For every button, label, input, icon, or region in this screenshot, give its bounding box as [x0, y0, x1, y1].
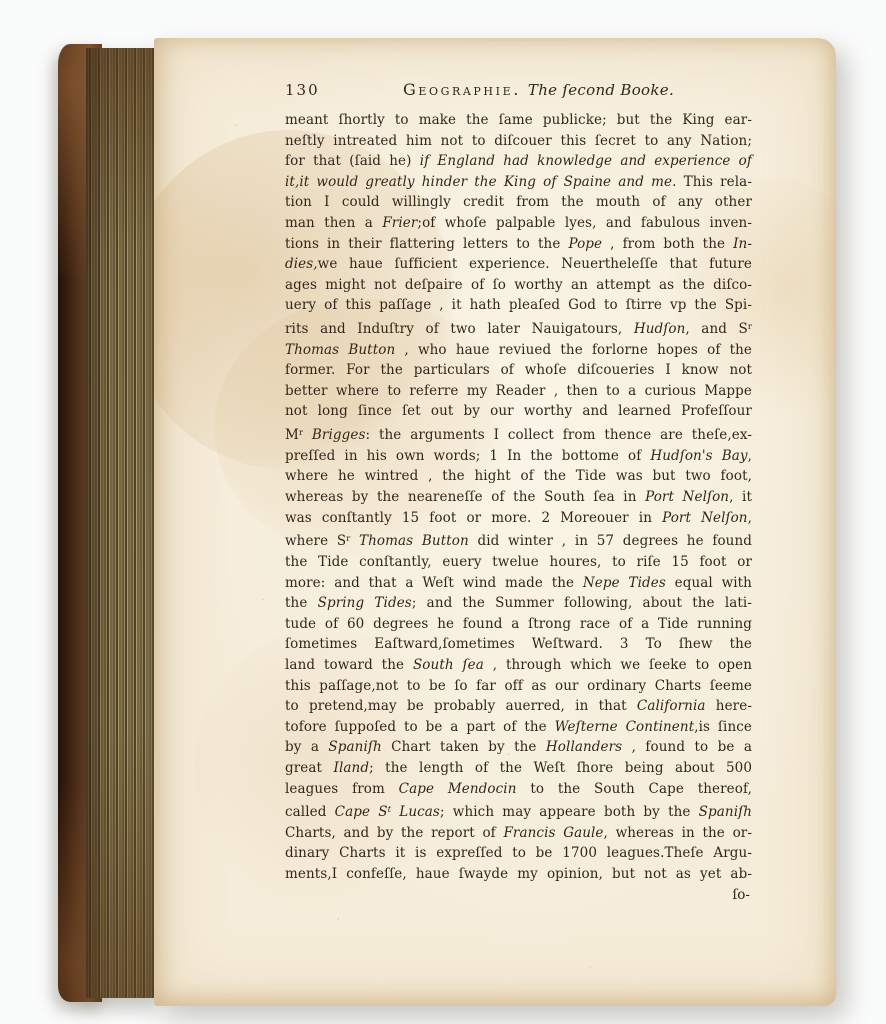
text-line: dinary Charts it is expreſſed to be 1700…: [285, 843, 752, 864]
text-line: leagues from Cape Mendocin to the South …: [285, 779, 752, 800]
header-title: Geographie.: [403, 80, 521, 99]
text-line: the Spring Tides; and the Summer followi…: [285, 593, 752, 614]
text-line: the Tide conſtantly, euery twelue houres…: [285, 552, 752, 573]
text-line: more: and that a Weſt wind made the Nepe…: [285, 573, 752, 594]
text-line: was conſtantly 15 foot or more. 2 Moreou…: [285, 508, 752, 529]
text-line: Thomas Button , who haue reviued the for…: [285, 340, 752, 361]
page-edge-stack: [86, 48, 158, 998]
book: 130 Geographie.The ſecond Booke. meant ſ…: [58, 36, 836, 1008]
text-line: dies,we haue ſufficient experience. Neue…: [285, 254, 752, 275]
page-number: 130: [285, 80, 343, 100]
text-line: tion I could willingly credit from the m…: [285, 192, 752, 213]
text-line: it,it would greatly hinder the King of S…: [285, 172, 752, 193]
text-line: land toward the South ſea , through whic…: [285, 655, 752, 676]
text-line: rits and Induſtry of two later Nauigatou…: [285, 316, 752, 340]
text-line: for that (ſaid he) if England had knowle…: [285, 151, 752, 172]
text-line: not long ſince ſet out by our worthy and…: [285, 401, 752, 422]
text-line: whereas by the neareneſſe of the South ſ…: [285, 487, 752, 508]
text-line: by a Spaniſh Chart taken by the Hollande…: [285, 737, 752, 758]
header-subtitle: The ſecond Booke.: [528, 81, 674, 99]
text-line: this paſſage,not to be ſo far off as our…: [285, 676, 752, 697]
body-text: meant ſhortly to make the ſame publicke;…: [285, 110, 752, 885]
catchword: ſo-: [285, 885, 752, 906]
text-line: uery of this paſſage , it hath pleaſed G…: [285, 295, 752, 316]
text-line: meant ſhortly to make the ſame publicke;…: [285, 110, 752, 131]
text-line: Charts, and by the report of Francis Gau…: [285, 823, 752, 844]
running-title: Geographie.The ſecond Booke.: [343, 80, 734, 100]
text-line: ages might not deſpaire of ſo worthy an …: [285, 275, 752, 296]
text-line: great Iland; the length of the Weſt ſhor…: [285, 758, 752, 779]
text-line: tofore ſuppoſed to be a part of the Weſt…: [285, 717, 752, 738]
text-line: to pretend,may be probably auerred, in t…: [285, 696, 752, 717]
text-line: preſſed in his own words; 1 In the botto…: [285, 446, 752, 467]
text-line: called Cape St Lucas; which may appeare …: [285, 799, 752, 823]
text-line: ments,I confeſſe, haue ſwayde my opinion…: [285, 864, 752, 885]
text-line: Mr Brigges: the arguments I collect from…: [285, 422, 752, 446]
page-header: 130 Geographie.The ſecond Booke.: [285, 80, 752, 100]
text-line: neſtly intreated him not to diſcouer thi…: [285, 131, 752, 152]
text-line: former. For the particulars of whoſe diſ…: [285, 360, 752, 381]
text-line: ſometimes Eaſtward,ſometimes Weſtward. 3…: [285, 634, 752, 655]
book-page: 130 Geographie.The ſecond Booke. meant ſ…: [154, 38, 836, 1006]
text-line: where he wintred , the hight of the Tide…: [285, 466, 752, 487]
text-line: man then a Frier;of whoſe palpable lyes,…: [285, 213, 752, 234]
photo-background: 130 Geographie.The ſecond Booke. meant ſ…: [0, 0, 886, 1024]
text-line: tude of 60 degrees he found a ſtrong rac…: [285, 614, 752, 635]
text-line: where Sr Thomas Button did winter , in 5…: [285, 528, 752, 552]
text-line: tions in their flattering letters to the…: [285, 234, 752, 255]
text-line: better where to referre my Reader , then…: [285, 381, 752, 402]
text-block: 130 Geographie.The ſecond Booke. meant ſ…: [285, 80, 752, 905]
